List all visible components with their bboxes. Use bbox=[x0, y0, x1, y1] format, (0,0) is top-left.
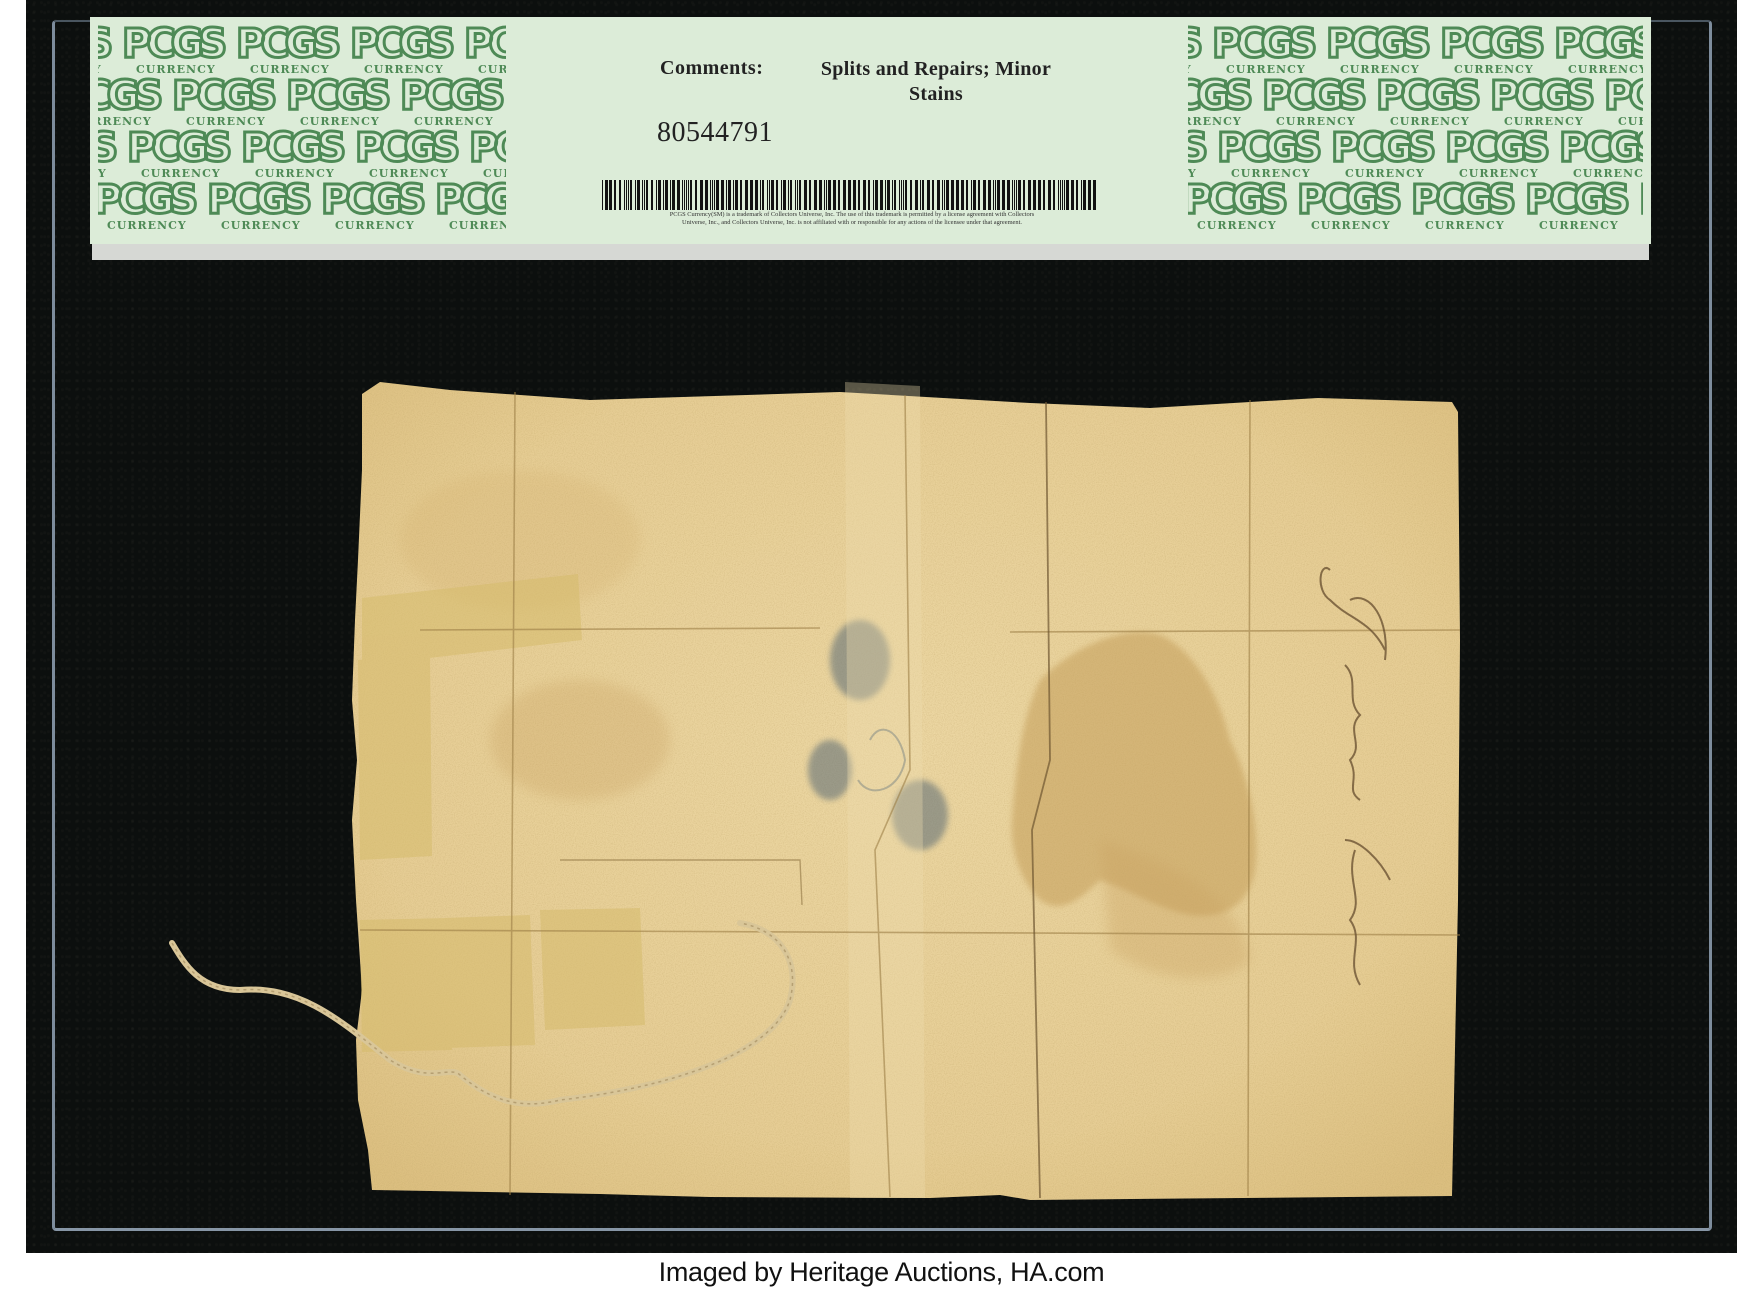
currency-note-reverse bbox=[26, 0, 1737, 1253]
faint-stain bbox=[490, 680, 670, 800]
image-credit-caption: Imaged by Heritage Auctions, HA.com bbox=[0, 1253, 1763, 1291]
black-background: PCGSCURRENCYPCGSCURRENCYPCGSCURRENCYPCGS… bbox=[26, 0, 1737, 1253]
